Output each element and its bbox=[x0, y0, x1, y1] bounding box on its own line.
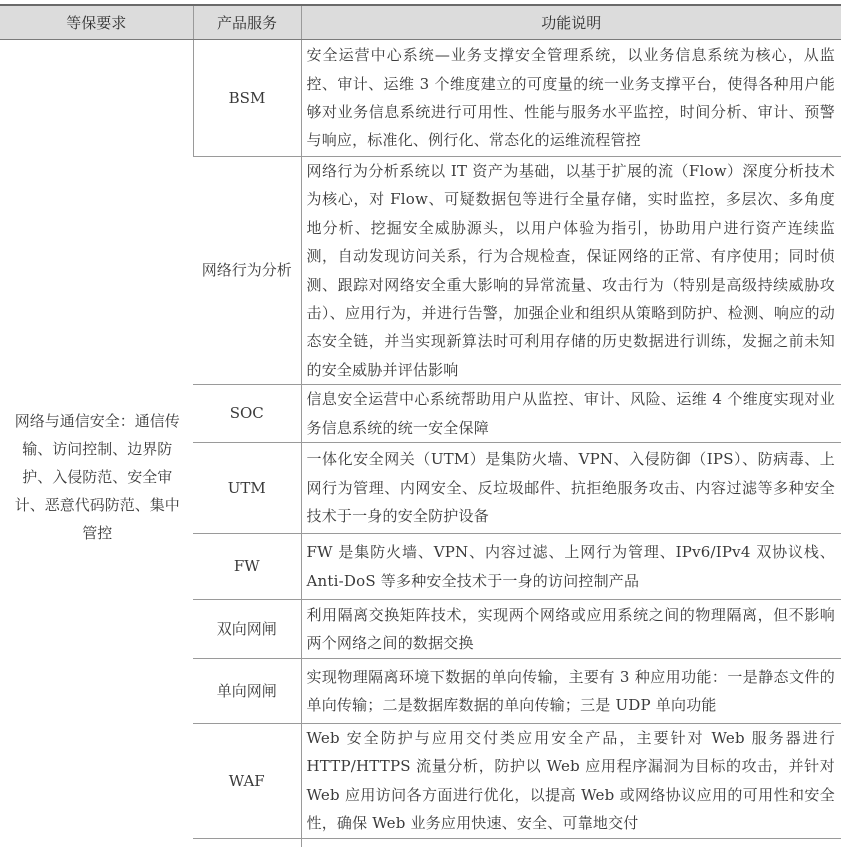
product-cell-empty bbox=[193, 838, 301, 847]
product-cell: UTM bbox=[193, 443, 301, 534]
table-header-row: 等保要求 产品服务 功能说明 bbox=[0, 5, 841, 40]
product-cell: BSM bbox=[193, 40, 301, 157]
product-cell: FW bbox=[193, 534, 301, 600]
description-cell: 利用隔离交换矩阵技术，实现两个网络或应用系统之间的物理隔离，但不影响两个网络之间… bbox=[301, 600, 841, 659]
description-cell: 网络行为分析系统以 IT 资产为基础，以基于扩展的流（Flow）深度分析技术为核… bbox=[301, 157, 841, 385]
table-row: 网络与通信安全：通信传输、访问控制、边界防护、入侵防范、安全审计、恶意代码防范、… bbox=[0, 40, 841, 157]
product-cell: 双向网闸 bbox=[193, 600, 301, 659]
product-cell: 网络行为分析 bbox=[193, 157, 301, 385]
header-description: 功能说明 bbox=[301, 5, 841, 40]
security-products-table: 等保要求 产品服务 功能说明 网络与通信安全：通信传输、访问控制、边界防护、入侵… bbox=[0, 4, 841, 847]
description-cell-empty bbox=[301, 838, 841, 847]
header-product: 产品服务 bbox=[193, 5, 301, 40]
description-cell: 安全运营中心系统—业务支撑安全管理系统，以业务信息系统为核心，从监控、审计、运维… bbox=[301, 40, 841, 157]
description-cell: 信息安全运营中心系统帮助用户从监控、审计、风险、运维 4 个维度实现对业务信息系… bbox=[301, 385, 841, 443]
product-cell: WAF bbox=[193, 724, 301, 839]
description-cell: 一体化安全网关（UTM）是集防火墙、VPN、入侵防御（IPS）、防病毒、上网行为… bbox=[301, 443, 841, 534]
description-cell: FW 是集防火墙、VPN、内容过滤、上网行为管理、IPv6/IPv4 双协议栈、… bbox=[301, 534, 841, 600]
requirement-cell: 网络与通信安全：通信传输、访问控制、边界防护、入侵防范、安全审计、恶意代码防范、… bbox=[0, 40, 193, 847]
description-cell: Web 安全防护与应用交付类应用安全产品，主要针对 Web 服务器进行HTTP/… bbox=[301, 724, 841, 839]
product-cell: 单向网闸 bbox=[193, 659, 301, 724]
description-cell: 实现物理隔离环境下数据的单向传输，主要有 3 种应用功能：一是静态文件的单向传输… bbox=[301, 659, 841, 724]
product-cell: SOC bbox=[193, 385, 301, 443]
header-requirement: 等保要求 bbox=[0, 5, 193, 40]
